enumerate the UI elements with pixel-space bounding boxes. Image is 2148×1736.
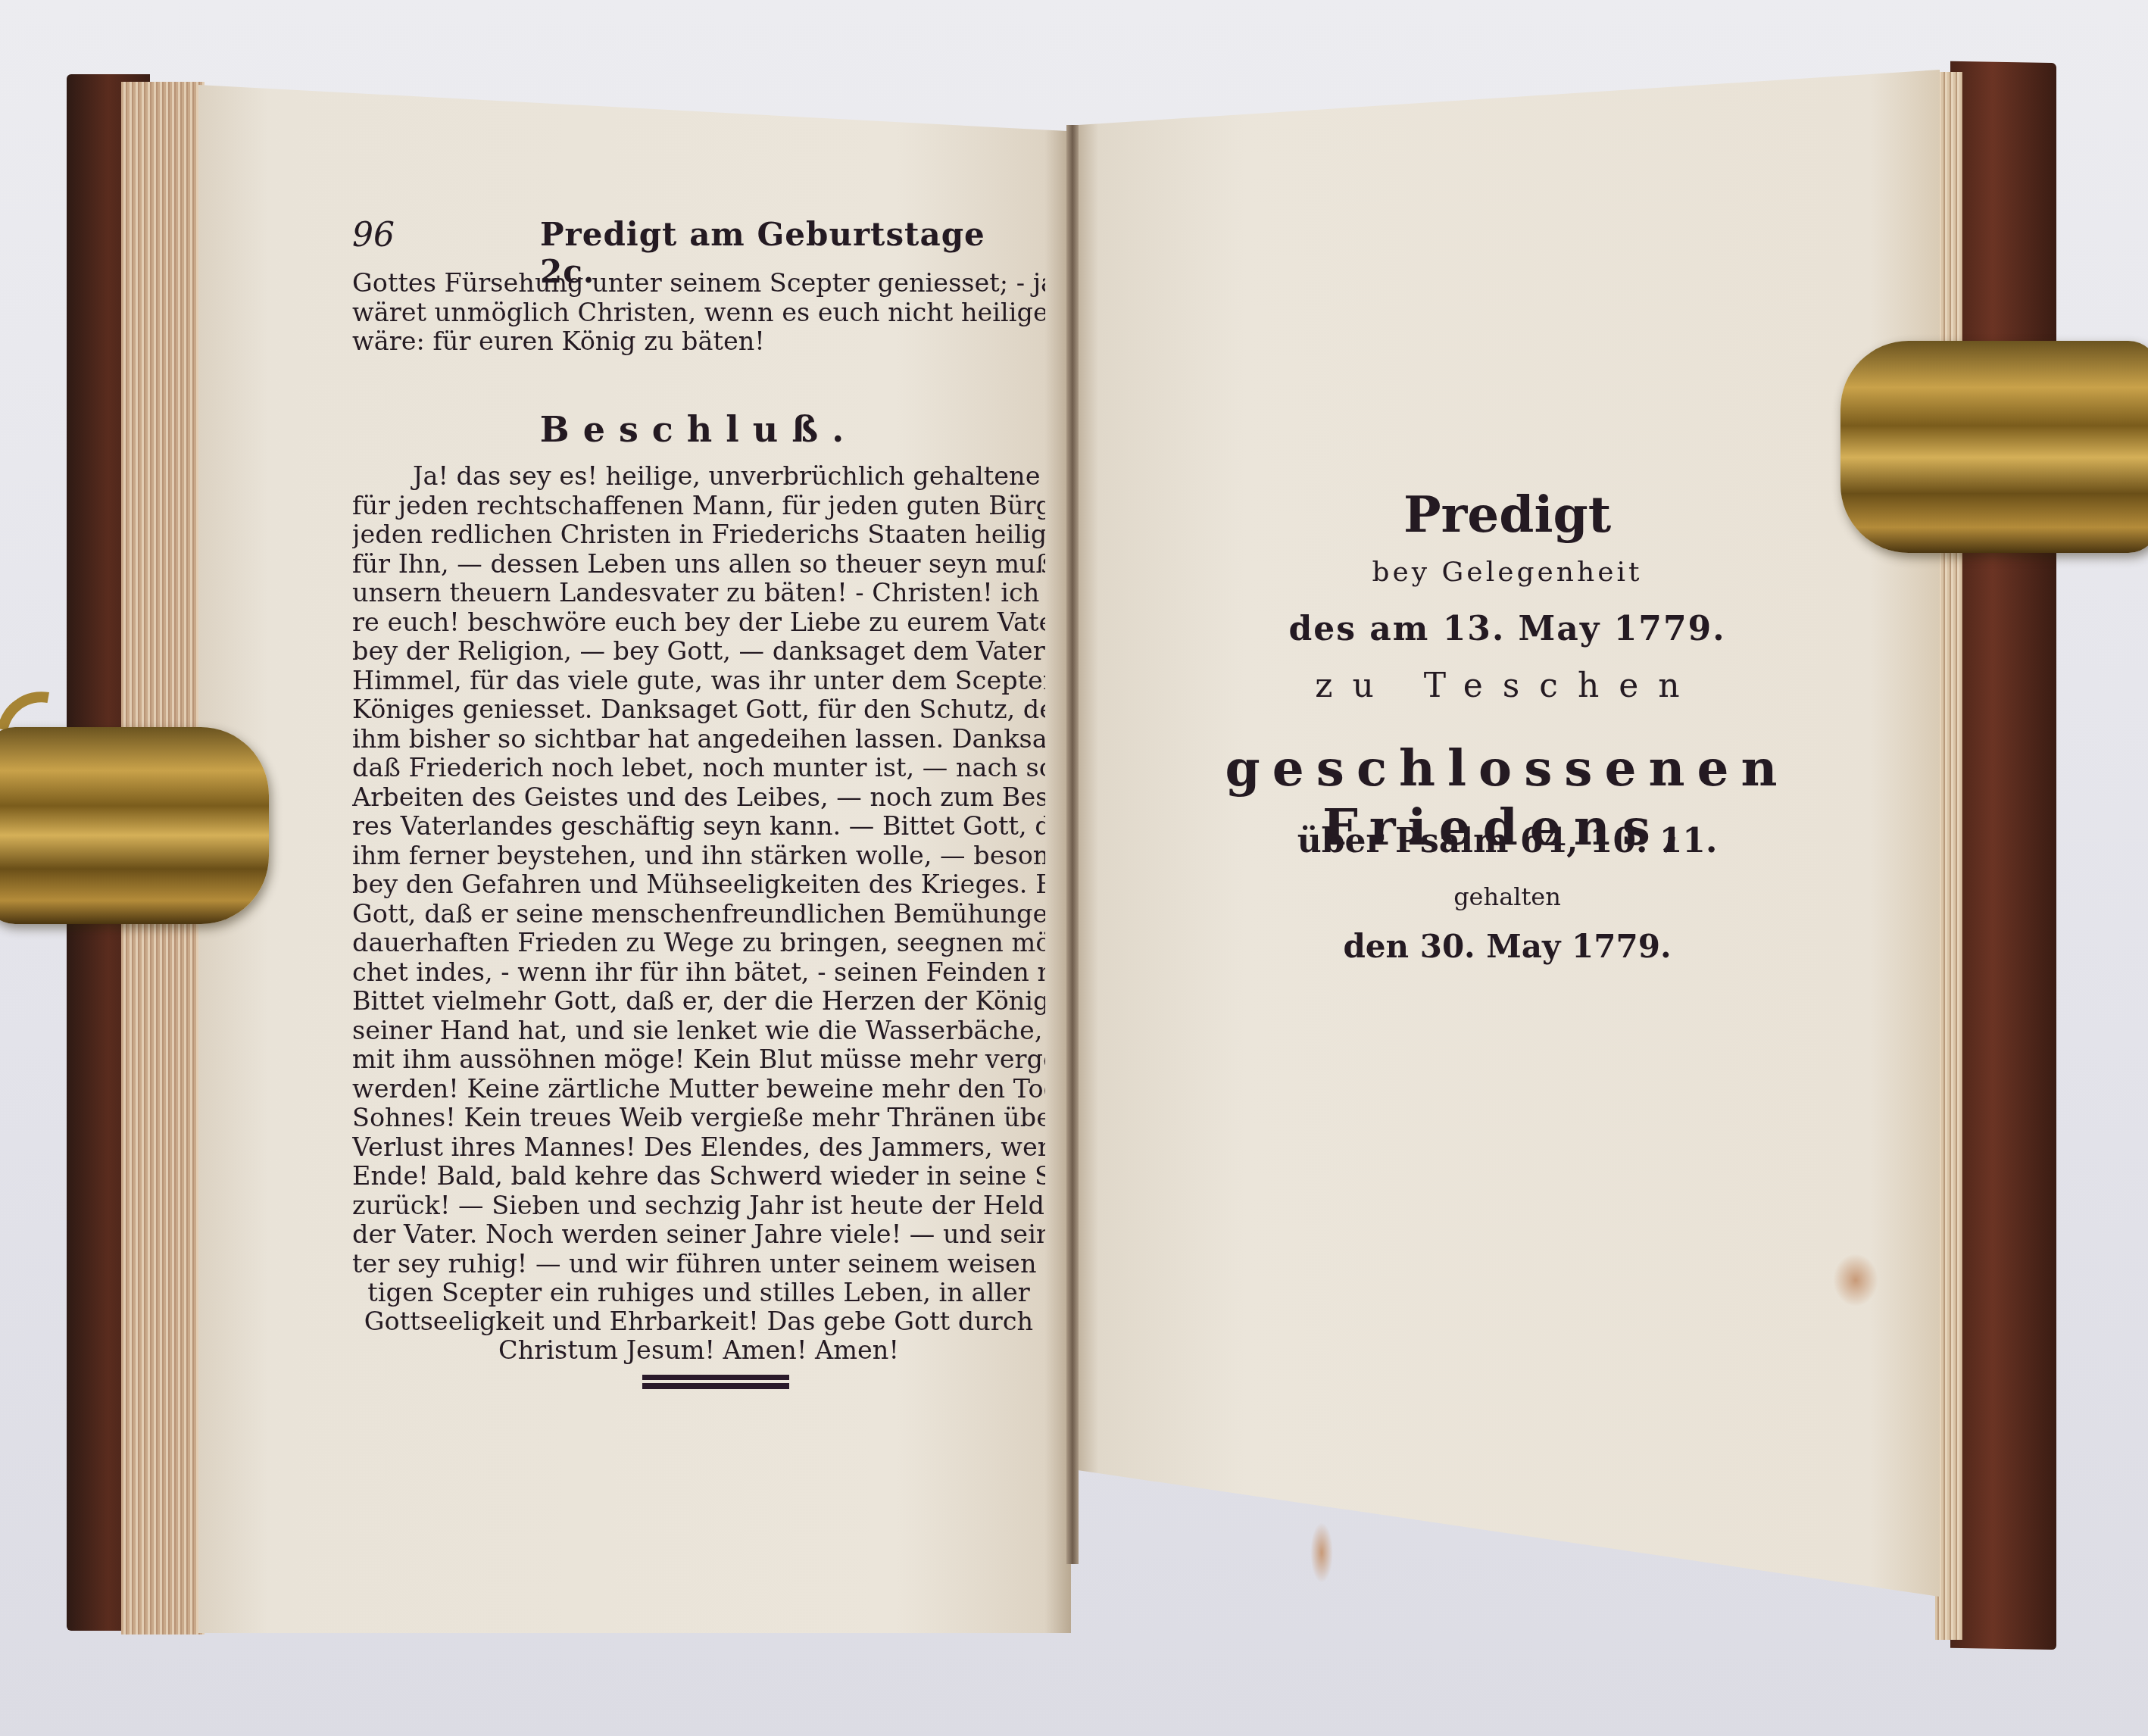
text-line: der Vater. Noch werden seiner Jahre viel… — [352, 1220, 1045, 1250]
title-line: über Psalm 64, 10. 11. — [1076, 822, 1939, 860]
text-line: Arbeiten des Geistes und des Leibes, — n… — [352, 783, 1045, 813]
text-line: wäre: für euren König zu bäten! — [352, 327, 1045, 357]
section-heading: Beschluß. — [352, 409, 1045, 450]
brass-hand-clip-left — [0, 727, 269, 924]
text-line: bey den Gefahren und Mühseeligkeiten des… — [352, 870, 1045, 900]
text-line: chet indes, - wenn ihr für ihn bätet, - … — [352, 958, 1045, 988]
text-line: mit ihm aussöhnen möge! Kein Blut müsse … — [352, 1045, 1045, 1075]
text-line: ter sey ruhig! — und wir führen unter se… — [352, 1250, 1045, 1279]
text-line: ihm ferner beystehen, und ihn stärken wo… — [352, 841, 1045, 871]
text-line: dauerhaften Frieden zu Wege zu bringen, … — [352, 929, 1045, 958]
text-line: res Vaterlandes geschäftig seyn kann. — … — [352, 812, 1045, 841]
title-line: des am 13. May 1779. — [1076, 610, 1939, 648]
text-line: Ja! das sey es! heilige, unverbrüchlich … — [352, 462, 1045, 492]
text-line: Sohnes! Kein treues Weib vergieße mehr T… — [352, 1104, 1045, 1133]
closing-line: Gottseeligkeit und Ehrbarkeit! Das gebe … — [352, 1307, 1045, 1337]
text-line: seiner Hand hat, und sie lenket wie die … — [352, 1016, 1045, 1046]
text-line: Bittet vielmehr Gott, daß er, der die He… — [352, 987, 1045, 1016]
title-line: bey Gelegenheit — [1076, 557, 1939, 588]
page-number: 96 — [352, 216, 395, 254]
closing-line: tigen Scepter ein ruhiges und stilles Le… — [352, 1279, 1045, 1308]
text-line: werden! Keine zärtliche Mutter beweine m… — [352, 1075, 1045, 1104]
book-cover-right — [1950, 61, 2056, 1650]
text-line: jeden redlichen Christen in Friederichs … — [352, 520, 1045, 550]
intro-paragraph: Gottes Fürsehung unter seinem Scepter ge… — [352, 269, 1045, 357]
text-line: Ende! Bald, bald kehre das Schwerd wiede… — [352, 1162, 1045, 1191]
title-line: den 30. May 1779. — [1076, 928, 1939, 965]
text-line: Gottes Fürsehung unter seinem Scepter ge… — [352, 269, 1045, 298]
text-line: für Ihn, — dessen Leben uns allen so the… — [352, 550, 1045, 579]
closing-line: Christum Jesum! Amen! Amen! — [352, 1336, 1045, 1366]
foxing-stain — [1310, 1522, 1333, 1583]
title-predigt: Predigt — [1076, 485, 1939, 544]
text-line: wäret unmöglich Christen, wenn es euch n… — [352, 298, 1045, 328]
text-line: unsern theuern Landesvater zu bäten! - C… — [352, 579, 1045, 608]
brass-hand-clip-right — [1840, 341, 2148, 553]
text-line: Verlust ihres Mannes! Des Elendes, des J… — [352, 1133, 1045, 1163]
title-line: gehalten — [1076, 882, 1939, 911]
text-line: bey der Religion, — bey Gott, — danksage… — [352, 637, 1045, 667]
text-line: Gott, daß er seine menschenfreundlichen … — [352, 900, 1045, 929]
text-line: re euch! beschwöre euch bey der Liebe zu… — [352, 608, 1045, 638]
running-head: 96 Predigt am Geburtstage 2c. — [352, 216, 1049, 269]
main-paragraph: Ja! das sey es! heilige, unverbrüchlich … — [352, 462, 1045, 1279]
foxing-stain — [1833, 1254, 1878, 1307]
text-line: für jeden rechtschaffenen Mann, für jede… — [352, 492, 1045, 521]
right-page — [1072, 70, 1940, 1660]
text-line: ihm bisher so sichtbar hat angedeihen la… — [352, 725, 1045, 754]
text-line: daß Friederich noch lebet, noch munter i… — [352, 754, 1045, 783]
text-line: Königes geniesset. Danksaget Gott, für d… — [352, 695, 1045, 725]
title-line: zu Teschen — [1076, 667, 1939, 705]
double-rule-ornament — [642, 1375, 789, 1390]
text-line: Himmel, für das viele gute, was ihr unte… — [352, 667, 1045, 696]
text-line: zurück! — Sieben und sechzig Jahr ist he… — [352, 1191, 1045, 1221]
